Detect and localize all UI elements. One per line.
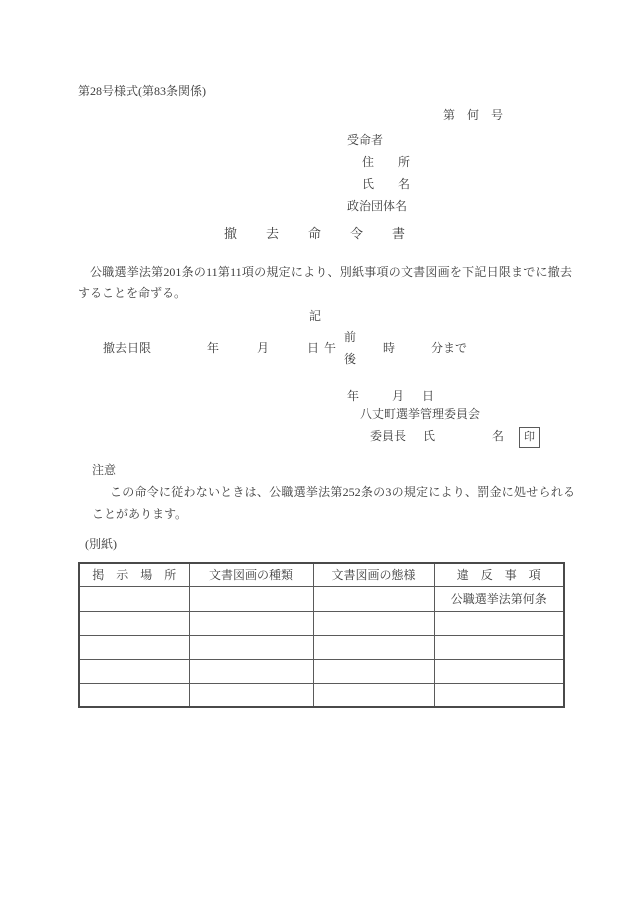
deadline-label: 撤去日限 <box>103 341 151 355</box>
table-cell <box>434 611 564 635</box>
deadline-pm-label: 後 <box>344 353 356 365</box>
chairman-mei-label: 名 <box>492 429 504 443</box>
chairman-sei-label: 氏 <box>423 429 435 443</box>
table-cell <box>189 659 313 683</box>
table-row <box>79 683 564 707</box>
col-header-location: 掲 示 場 所 <box>79 563 189 586</box>
table-cell-violation-article: 公職選挙法第何条 <box>434 586 564 611</box>
table-cell <box>189 635 313 659</box>
doc-number: 第 何 号 <box>443 108 503 122</box>
table-row: 公職選挙法第何条 <box>79 586 564 611</box>
table-row <box>79 635 564 659</box>
issue-day-label: 日 <box>422 389 434 403</box>
table-cell <box>313 635 434 659</box>
form-code: 第28号様式(第83条関係) <box>78 84 206 98</box>
notice-paragraph: この命令に従わないときは、公職選挙法第252条の3の規定により、罰金に処せられる… <box>92 481 575 525</box>
document-page: 第28号様式(第83条関係) 第 何 号 受命者 住 所 氏 名 政治団体名 撤… <box>0 0 630 915</box>
order-body-paragraph: 公職選挙法第201条の11第11項の規定により、別紙事項の文書図画を下記日限まで… <box>78 262 572 304</box>
issue-year-label: 年 <box>347 389 359 403</box>
table-cell <box>79 586 189 611</box>
table-cell <box>189 611 313 635</box>
deadline-day-label: 日 <box>307 341 319 355</box>
chairman-title-label: 委員長 <box>370 429 406 443</box>
deadline-am-label: 前 <box>344 331 356 343</box>
recipient-org-label: 政治団体名 <box>347 199 407 213</box>
table-cell <box>79 635 189 659</box>
table-cell <box>79 611 189 635</box>
deadline-year-label: 年 <box>207 341 219 355</box>
table-cell <box>313 659 434 683</box>
table-cell <box>313 683 434 707</box>
table-cell <box>189 683 313 707</box>
recipient-name-label: 氏 名 <box>362 177 410 191</box>
deadline-minute-label: 分まで <box>431 341 467 355</box>
table-cell <box>434 635 564 659</box>
col-header-violation: 違 反 事 項 <box>434 563 564 586</box>
seal-mark: 印 <box>524 432 535 443</box>
ki-heading: 記 <box>0 309 630 323</box>
issue-month-label: 月 <box>392 389 404 403</box>
recipient-label: 受命者 <box>347 133 383 147</box>
deadline-noon-label: 午 <box>324 341 336 355</box>
document-title: 撤 去 命 令 書 <box>0 227 630 241</box>
table-cell <box>189 586 313 611</box>
notice-heading: 注意 <box>92 463 116 477</box>
table-row <box>79 659 564 683</box>
table-row <box>79 611 564 635</box>
col-header-document-type: 文書図画の種類 <box>189 563 313 586</box>
table-cell <box>434 683 564 707</box>
table-header-row: 掲 示 場 所 文書図画の種類 文書図画の態様 違 反 事 項 <box>79 563 564 586</box>
attachment-label: (別紙) <box>85 537 117 551</box>
deadline-hour-label: 時 <box>383 341 395 355</box>
committee-name: 八丈町選挙管理委員会 <box>360 407 480 421</box>
table-cell <box>434 659 564 683</box>
table-cell <box>79 683 189 707</box>
seal-box: 印 <box>519 427 540 448</box>
appendix-table: 掲 示 場 所 文書図画の種類 文書図画の態様 違 反 事 項 公職選挙法第何条 <box>78 562 565 708</box>
table-cell <box>79 659 189 683</box>
col-header-document-form: 文書図画の態様 <box>313 563 434 586</box>
table-cell <box>313 586 434 611</box>
recipient-address-label: 住 所 <box>362 155 410 169</box>
deadline-month-label: 月 <box>257 341 269 355</box>
table-cell <box>313 611 434 635</box>
deadline-am-pm-stack: 前 後 <box>344 331 356 365</box>
